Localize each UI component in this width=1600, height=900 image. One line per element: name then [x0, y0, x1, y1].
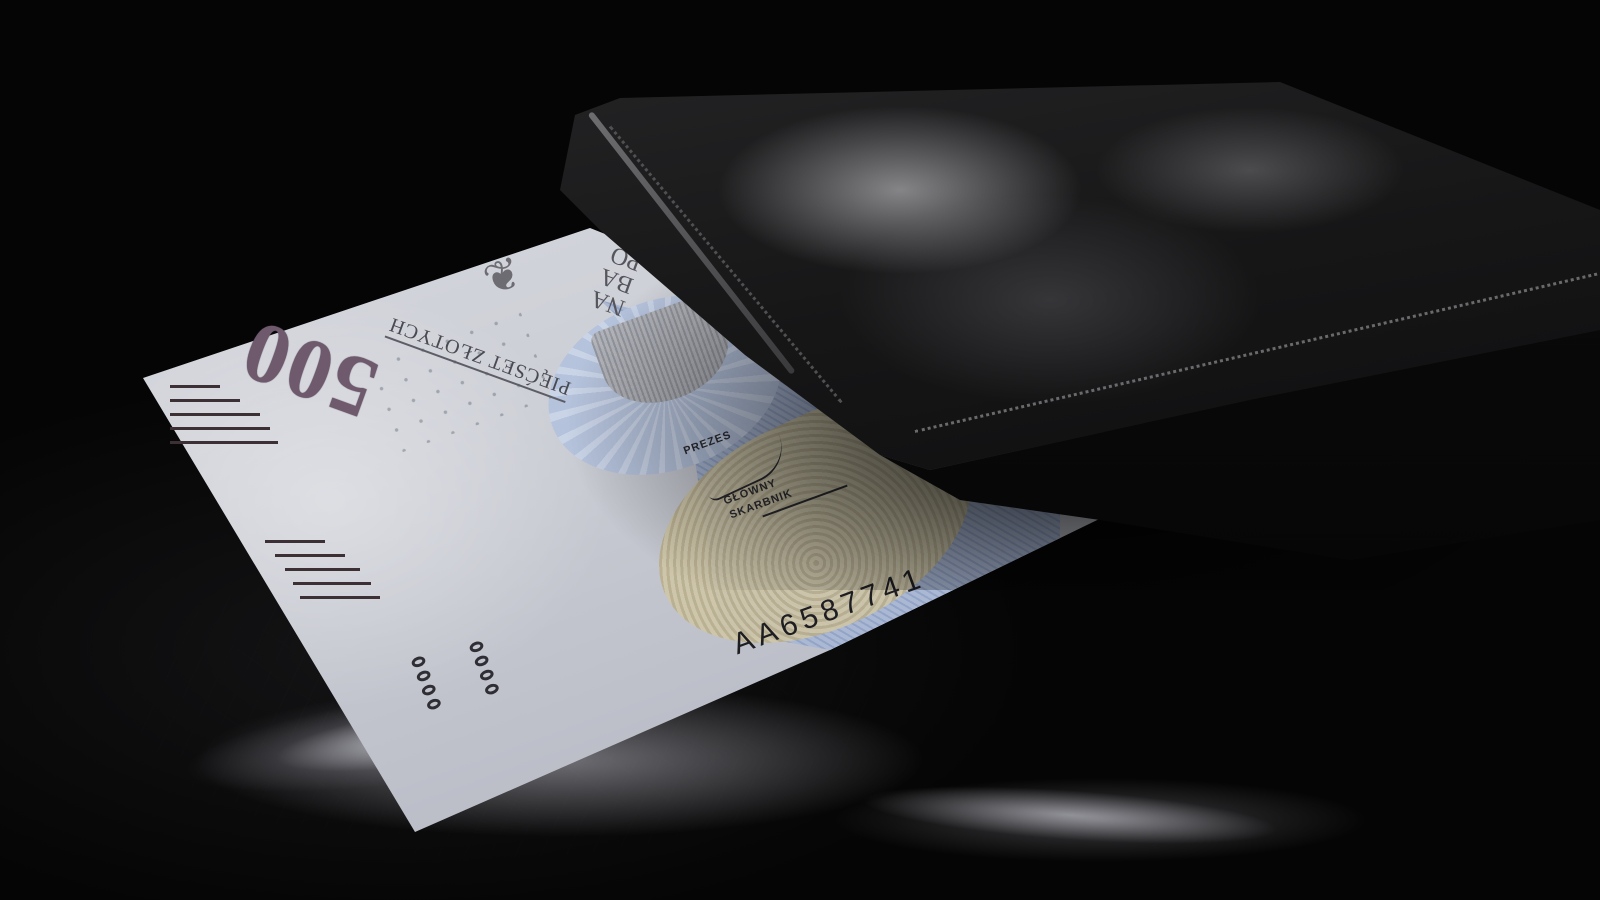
photo-scene: 500 PIĘĆSET ZŁOTYCH NA BA PO ❦ PREZES GŁ… [0, 0, 1600, 900]
banknote-tick-marks-bottom [255, 540, 365, 640]
